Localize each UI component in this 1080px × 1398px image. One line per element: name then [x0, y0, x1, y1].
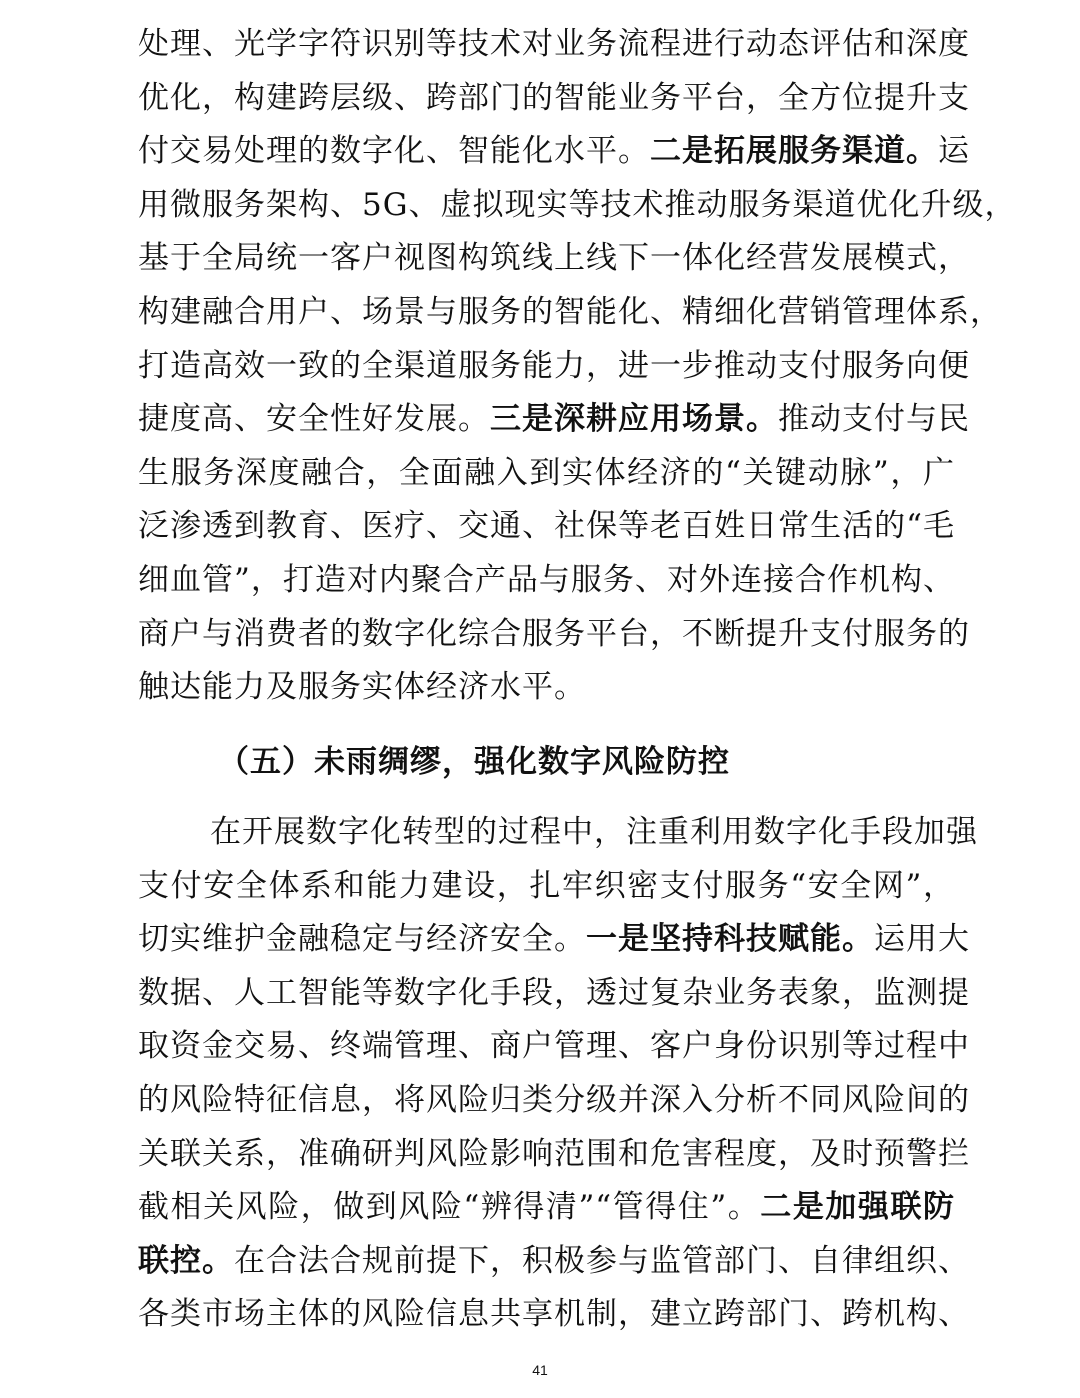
text-run: 推动支付与民: [778, 401, 970, 437]
text-run: 付交易处理的数字化、智能化水平。: [138, 133, 650, 169]
bold-text-run: 三是深耕应用场景。: [490, 401, 778, 437]
text-run: 捷度高、安全性好发展。: [138, 401, 490, 437]
text-line: 打造高效一致的全渠道服务能力，进一步推动支付服务向便: [138, 346, 955, 386]
text-run: 运用大: [874, 921, 970, 957]
text-run: 在开展数字化转型的过程中，注重利用数字化手段加强: [210, 814, 978, 850]
text-run: 优化，构建跨层级、跨部门的智能业务平台，全方位提升支: [138, 80, 970, 116]
text-line: 捷度高、安全性好发展。三是深耕应用场景。推动支付与民: [138, 399, 955, 439]
text-line: 各类市场主体的风险信息共享机制，建立跨部门、跨机构、: [138, 1294, 955, 1334]
section-heading: （五）未雨绸缪，强化数字风险防控: [218, 742, 730, 782]
bold-text-run: 二是拓展服务渠道。: [650, 133, 938, 169]
text-run: 生服务深度融合，全面融入到实体经济的“关键动脉”，广: [138, 455, 955, 491]
text-line: 用微服务架构、5G、虚拟现实等技术推动服务渠道优化升级，: [138, 185, 955, 225]
page-number: 41: [0, 1362, 1080, 1378]
text-line: 生服务深度融合，全面融入到实体经济的“关键动脉”，广: [138, 453, 955, 493]
text-run: 打造高效一致的全渠道服务能力，进一步推动支付服务向便: [138, 348, 970, 384]
text-line: 优化，构建跨层级、跨部门的智能业务平台，全方位提升支: [138, 78, 955, 118]
text-line: 基于全局统一客户视图构筑线上线下一体化经营发展模式，: [138, 238, 955, 278]
text-run: 的风险特征信息，将风险归类分级并深入分析不同风险间的: [138, 1082, 970, 1118]
text-line: 的风险特征信息，将风险归类分级并深入分析不同风险间的: [138, 1080, 955, 1120]
text-run: 在合法合规前提下，积极参与监管部门、自律组织、: [234, 1243, 970, 1279]
text-run: 用微服务架构、5G、虚拟现实等技术推动服务渠道优化升级，: [138, 187, 1016, 223]
text-line: 数据、人工智能等数字化手段，透过复杂业务表象，监测提: [138, 973, 955, 1013]
text-line: 构建融合用户、场景与服务的智能化、精细化营销管理体系，: [138, 292, 955, 332]
text-run: 构建融合用户、场景与服务的智能化、精细化营销管理体系，: [138, 294, 1002, 330]
text-run: 细血管”，打造对内聚合产品与服务、对外连接合作机构、: [138, 562, 955, 598]
text-line: 取资金交易、终端管理、商户管理、客户身份识别等过程中: [138, 1026, 955, 1066]
text-line: 付交易处理的数字化、智能化水平。二是拓展服务渠道。运: [138, 131, 955, 171]
bold-text-run: 二是加强联防: [760, 1189, 955, 1225]
text-line: 商户与消费者的数字化综合服务平台，不断提升支付服务的: [138, 614, 955, 654]
text-line: 支付安全体系和能力建设，扎牢织密支付服务“安全网”，: [138, 866, 955, 906]
text-run: 数据、人工智能等数字化手段，透过复杂业务表象，监测提: [138, 975, 970, 1011]
text-run: 支付安全体系和能力建设，扎牢织密支付服务“安全网”，: [138, 868, 955, 904]
text-run: 运: [938, 133, 970, 169]
text-run: 触达能力及服务实体经济水平。: [138, 669, 586, 705]
bold-text-run: 联控。: [138, 1243, 234, 1279]
bold-text-run: 一是坚持科技赋能。: [586, 921, 874, 957]
text-run: 基于全局统一客户视图构筑线上线下一体化经营发展模式，: [138, 240, 970, 276]
text-line: 联控。在合法合规前提下，积极参与监管部门、自律组织、: [138, 1241, 955, 1281]
text-line: 触达能力及服务实体经济水平。: [138, 667, 955, 707]
text-run: 截相关风险，做到风险“辨得清”“管得住”。: [138, 1189, 760, 1225]
text-line: 泛渗透到教育、医疗、交通、社保等老百姓日常生活的“毛: [138, 506, 955, 546]
text-run: 商户与消费者的数字化综合服务平台，不断提升支付服务的: [138, 616, 970, 652]
text-line: 处理、光学字符识别等技术对业务流程进行动态评估和深度: [138, 24, 955, 64]
text-run: 取资金交易、终端管理、商户管理、客户身份识别等过程中: [138, 1028, 970, 1064]
text-run: 各类市场主体的风险信息共享机制，建立跨部门、跨机构、: [138, 1296, 970, 1332]
text-line: 切实维护金融稳定与经济安全。一是坚持科技赋能。运用大: [138, 919, 955, 959]
text-run: 切实维护金融稳定与经济安全。: [138, 921, 586, 957]
text-run: 泛渗透到教育、医疗、交通、社保等老百姓日常生活的“毛: [138, 508, 955, 544]
text-line: 细血管”，打造对内聚合产品与服务、对外连接合作机构、: [138, 560, 955, 600]
text-line: 截相关风险，做到风险“辨得清”“管得住”。二是加强联防: [138, 1187, 955, 1227]
document-page: 处理、光学字符识别等技术对业务流程进行动态评估和深度优化，构建跨层级、跨部门的智…: [0, 0, 1080, 1398]
text-line: 在开展数字化转型的过程中，注重利用数字化手段加强: [210, 812, 955, 852]
text-run: 处理、光学字符识别等技术对业务流程进行动态评估和深度: [138, 26, 970, 62]
text-line: 关联关系，准确研判风险影响范围和危害程度，及时预警拦: [138, 1134, 955, 1174]
text-run: 关联关系，准确研判风险影响范围和危害程度，及时预警拦: [138, 1136, 970, 1172]
